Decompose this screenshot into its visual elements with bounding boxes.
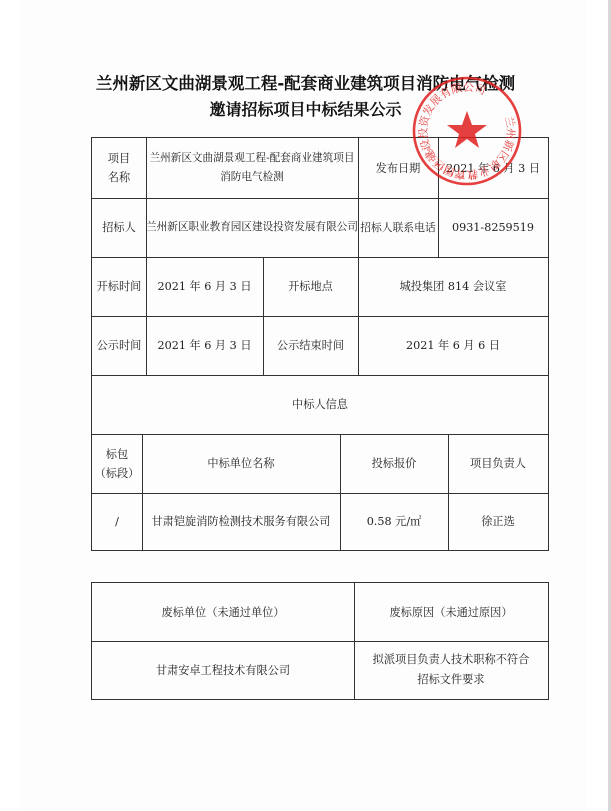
rejected-reason: 拟派项目负责人技术职称不符合 招标文件要求 [354,641,548,699]
publish-date-label: 发布日期 [358,138,438,198]
notice-time-label: 公示时间 [92,316,146,375]
tenderer-label: 招标人 [92,198,146,257]
document-title-line-1: 兰州新区文曲湖景观工程-配套商业建筑项目消防电气检测 [0,70,611,94]
rejected-header-reason: 废标原因（未通过原因） [354,583,548,641]
winner-company: 甘肃铠旋消防检测技术服务有限公司 [142,493,340,550]
rejected-bidders-table: 废标单位（未通过单位） 废标原因（未通过原因） 甘肃安卓工程技术有限公司 拟派项… [91,582,549,700]
tenderer-phone-value: 0931-8259519 [438,198,548,257]
rejected-reason-line-2: 招标文件要求 [417,670,484,690]
project-name-value-line-1: 兰州新区文曲湖景观工程-配套商业建筑项目 [150,149,355,168]
project-name-label-line-2: 名称 [108,168,130,187]
project-name-value: 兰州新区文曲湖景观工程-配套商业建筑项目 消防电气检测 [146,138,358,198]
winner-header-lot-line-2: （标段） [95,464,140,483]
bid-open-place-value: 城投集团 814 会议室 [358,257,548,316]
project-name-value-line-2: 消防电气检测 [220,168,284,187]
document-title-line-2: 邀请招标项目中标结果公示 [0,97,611,120]
winner-price: 0.58 元/㎡ [340,493,448,550]
project-name-label-line-1: 项目 [108,149,130,168]
publish-date-value: 2021 年 6 月 3 日 [438,138,548,198]
tenderer-phone-label: 招标人联系电话 [358,198,438,257]
winner-manager: 徐正选 [448,493,548,550]
bid-open-time-value: 2021 年 6 月 3 日 [146,257,263,316]
winner-header-lot-line-1: 标包 [106,445,128,464]
bid-open-place-label: 开标地点 [263,257,358,316]
rejected-unit: 甘肃安卓工程技术有限公司 [92,641,354,699]
winner-section-heading: 中标人信息 [92,375,548,434]
tenderer-value: 兰州新区职业教育园区建设投资发展有限公司 [146,198,358,257]
winner-header-lot: 标包 （标段） [92,434,142,493]
winner-header-company: 中标单位名称 [142,434,340,493]
rejected-reason-line-1: 拟派项目负责人技术职称不符合 [373,650,530,670]
notice-end-value: 2021 年 6 月 6 日 [358,316,548,375]
winner-lot: / [92,493,142,550]
project-name-label: 项目 名称 [92,138,146,198]
notice-end-label: 公示结束时间 [263,316,358,375]
bid-open-time-label: 开标时间 [92,257,146,316]
notice-time-value: 2021 年 6 月 3 日 [146,316,263,375]
info-table: 项目 名称 兰州新区文曲湖景观工程-配套商业建筑项目 消防电气检测 发布日期 2… [91,137,549,551]
rejected-header-unit: 废标单位（未通过单位） [92,583,354,641]
winner-header-price: 投标报价 [340,434,448,493]
winner-header-manager: 项目负责人 [448,434,548,493]
